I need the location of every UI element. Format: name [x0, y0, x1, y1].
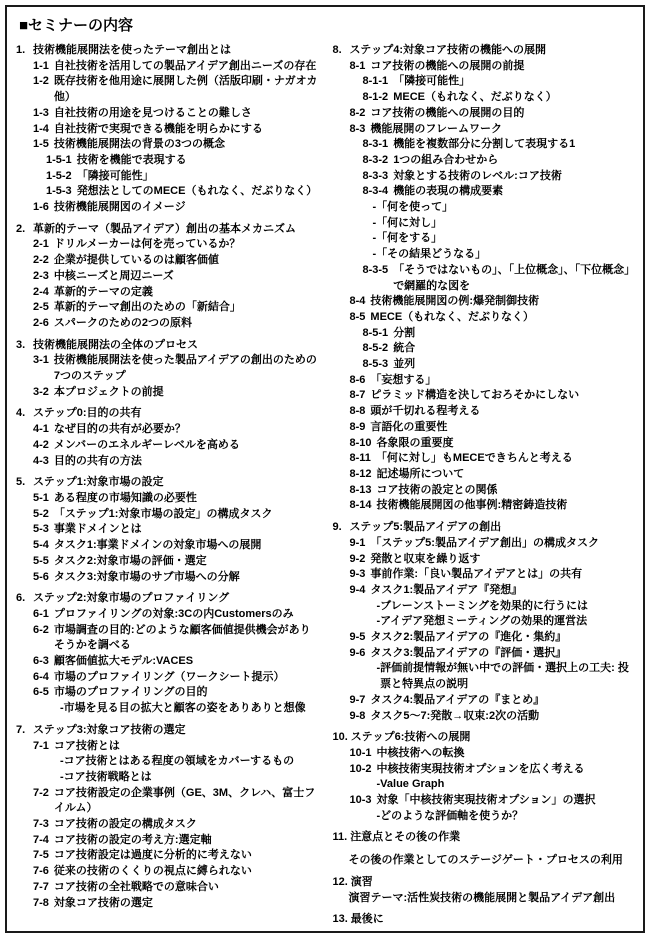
- item-number: 4-1: [33, 422, 49, 438]
- section-heading: 5.ステップ1:対象市場の設定: [16, 475, 319, 491]
- toc-section: 6.ステップ2:対象市場のプロファイリング6-1プロファイリングの対象:3Cの内…: [16, 591, 319, 717]
- toc-item: 6-3顧客価値拡大モデル:VACES: [16, 654, 319, 670]
- item-number: 10-3: [350, 793, 372, 809]
- toc-section: 5.ステップ1:対象市場の設定5-1ある程度の市場知識の必要性5-2「ステップ1…: [16, 475, 319, 585]
- item-number: 9-6: [350, 646, 366, 662]
- item-text: 「何をする」: [376, 231, 635, 247]
- section-number: 3.: [16, 338, 30, 354]
- item-text: 中核技術への転換: [377, 746, 635, 762]
- toc-item: 10-2中核技術実現技術オプションを広く考える: [333, 762, 636, 778]
- item-number: 8-3-3: [363, 169, 389, 185]
- item-text: コア技術とは: [54, 739, 319, 755]
- item-number: 1-5-1: [46, 153, 72, 169]
- item-number: 1-1: [33, 59, 49, 75]
- item-text: 分割: [393, 326, 635, 342]
- item-number: 1-4: [33, 122, 49, 138]
- section-heading: 4.ステップ0:目的の共有: [16, 406, 319, 422]
- toc-item: 1-3自社技術の用途を見つけることの難しさ: [16, 106, 319, 122]
- item-text: 頭が千切れる程考える: [370, 404, 635, 420]
- toc-item: 2-2企業が提供しているのは顧客価値: [16, 253, 319, 269]
- toc-item: 9-6タスク3:製品アイデアの『評価・選択』: [333, 646, 636, 662]
- toc-section: 11.注意点とその後の作業その後の作業としてのステージゲート・プロセスの利用: [333, 830, 636, 868]
- section-number: 9.: [333, 520, 347, 536]
- item-text: 目的の共有の方法: [54, 454, 319, 470]
- section-heading: 1.技術機能展開法を使ったテーマ創出とは: [16, 43, 319, 59]
- item-text: コア技術の設定との関係: [377, 483, 635, 499]
- item-text: 「隣接可能性」: [393, 74, 635, 90]
- toc-item: 4-1なぜ目的の共有が必要か？: [16, 422, 319, 438]
- item-text: 各象限の重要度: [377, 436, 635, 452]
- item-number: 8-10: [350, 436, 372, 452]
- item-number: 8-3-4: [363, 184, 389, 200]
- toc-item: 8-10各象限の重要度: [333, 436, 636, 452]
- item-text: Value Graph: [380, 777, 635, 793]
- toc-item: 8-9言語化の重要性: [333, 420, 636, 436]
- toc-columns: 1.技術機能展開法を使ったテーマ創出とは1-1自社技術を活用しての製品アイデア創…: [16, 43, 635, 928]
- item-text: タスク3:対象市場のサブ市場への分解: [54, 570, 319, 586]
- item-text: 技術機能展開図の他事例:精密鋳造技術: [377, 498, 635, 514]
- item-number: 5-6: [33, 570, 49, 586]
- section-number: 11.: [333, 830, 348, 846]
- section-number: 13.: [333, 912, 348, 928]
- toc-item: 8-3-1機能を複数部分に分割して表現する1: [333, 137, 636, 153]
- item-text: 技術機能展開図の例:爆発制御技術: [370, 294, 635, 310]
- item-number: 6-4: [33, 670, 49, 686]
- section-title: 技術機能展開法の全体のプロセス: [33, 338, 319, 354]
- toc-item: 1-5技術機能展開法の背景の3つの概念: [16, 137, 319, 153]
- item-text: 革新的テーマの定義: [54, 285, 319, 301]
- item-number: 7-8: [33, 896, 49, 912]
- toc-item: 2-3中核ニーズと周辺ニーズ: [16, 269, 319, 285]
- item-text: 発散と収束を繰り返す: [370, 552, 635, 568]
- toc-item: 5-3事業ドメインとは: [16, 522, 319, 538]
- toc-item: 5-2「ステップ1:対象市場の設定」の構成タスク: [16, 507, 319, 523]
- item-number: 8-1-2: [363, 90, 389, 106]
- toc-item: -アイデア発想ミーティングの効果的運営法: [333, 614, 636, 630]
- toc-item: 8-12記述場所について: [333, 467, 636, 483]
- item-text: 顧客価値拡大モデル:VACES: [54, 654, 319, 670]
- item-text: MECE（もれなく、だぶりなく）: [393, 90, 635, 106]
- item-number: 6-5: [33, 685, 49, 701]
- section-title: 革新的テーマ（製品アイデア）創出の基本メカニズム: [33, 222, 319, 238]
- toc-section: 2.革新的テーマ（製品アイデア）創出の基本メカニズム2-1ドリルメーカーは何を売…: [16, 222, 319, 332]
- section-title: 注意点とその後の作業: [350, 830, 635, 846]
- item-number: 9-4: [350, 583, 366, 599]
- toc-item: 9-2発散と収束を繰り返す: [333, 552, 636, 568]
- toc-item: 10-1中核技術への転換: [333, 746, 636, 762]
- item-number: 8-6: [350, 373, 366, 389]
- item-text: 記述場所について: [377, 467, 635, 483]
- toc-item: 8-4技術機能展開図の例:爆発制御技術: [333, 294, 636, 310]
- toc-item: -Value Graph: [333, 777, 636, 793]
- section-title: ステップ5:製品アイデアの創出: [350, 520, 636, 536]
- item-number: 7-2: [33, 786, 49, 817]
- toc-item: 演習テーマ:活性炭技術の機能展開と製品アイデア創出: [333, 891, 636, 907]
- item-text: 自社技術を活用しての製品アイデア創出ニーズの存在: [54, 59, 319, 75]
- toc-item: 7-1コア技術とは: [16, 739, 319, 755]
- item-text: コア技術戦略とは: [64, 770, 319, 786]
- toc-item: 8-3-21つの組み合わせから: [333, 153, 636, 169]
- toc-item: 1-5-1技術を機能で表現する: [16, 153, 319, 169]
- item-number: 7-5: [33, 848, 49, 864]
- item-number: 8-5-1: [363, 326, 389, 342]
- item-number: 8-1-1: [363, 74, 389, 90]
- toc-item: 5-6タスク3:対象市場のサブ市場への分解: [16, 570, 319, 586]
- item-text: ピラミッド構造を決しておろそかにしない: [370, 388, 635, 404]
- item-text: コア技術の機能への展開の目的: [370, 106, 635, 122]
- toc-item: 8-3-3対象とする技術のレベル:コア技術: [333, 169, 636, 185]
- item-text: 中核ニーズと周辺ニーズ: [54, 269, 319, 285]
- item-text: 技術を機能で表現する: [77, 153, 319, 169]
- toc-item: 8-11「何に対し」もMECEできちんと考える: [333, 451, 636, 467]
- item-number: 6-3: [33, 654, 49, 670]
- item-text: コア技術の設定の構成タスク: [54, 817, 319, 833]
- item-text: 発想法としてのMECE（もれなく、だぶりなく）: [77, 184, 319, 200]
- section-heading: 2.革新的テーマ（製品アイデア）創出の基本メカニズム: [16, 222, 319, 238]
- item-number: 9-3: [350, 567, 366, 583]
- item-text: 言語化の重要性: [370, 420, 635, 436]
- toc-item: 8-3-5「そうではないもの」、「上位概念」、「下位概念」で網羅的な図を: [333, 263, 636, 294]
- item-text: スパークのための2つの原料: [54, 316, 319, 332]
- toc-item: -「何をする」: [333, 231, 636, 247]
- item-text: コア技術設定の企業事例（GE、3M、クレハ、富士フイルム）: [54, 786, 319, 817]
- item-number: 8-5: [350, 310, 366, 326]
- toc-item: その後の作業としてのステージゲート・プロセスの利用: [333, 853, 636, 869]
- item-text: 革新的テーマ創出のための「新結合」: [54, 300, 319, 316]
- item-text: MECE（もれなく、だぶりなく）: [370, 310, 635, 326]
- item-text: コア技術の全社戦略での意味合い: [54, 880, 319, 896]
- item-text: ある程度の市場知識の必要性: [54, 491, 319, 507]
- toc-item: -コア技術戦略とは: [16, 770, 319, 786]
- toc-item: 7-7コア技術の全社戦略での意味合い: [16, 880, 319, 896]
- item-number: 9-2: [350, 552, 366, 568]
- section-number: 5.: [16, 475, 30, 491]
- item-text: 技術機能展開法の背景の3つの概念: [54, 137, 319, 153]
- toc-item: 8-13コア技術の設定との関係: [333, 483, 636, 499]
- toc-column-right: 8.ステップ4:対象コア技術の機能への展開8-1コア技術の機能への展開の前提8-…: [333, 43, 636, 928]
- item-text: 評価前提情報が無い中での評価・選択上の工夫: 投票と特異点の説明: [380, 661, 635, 692]
- toc-item: 7-3コア技術の設定の構成タスク: [16, 817, 319, 833]
- item-text: プロファイリングの対象:3Cの内Customersのみ: [54, 607, 319, 623]
- toc-item: 8-6「妄想する」: [333, 373, 636, 389]
- item-number: 6-1: [33, 607, 49, 623]
- toc-item: 3-2本プロジェクトの前提: [16, 385, 319, 401]
- item-number: 8-7: [350, 388, 366, 404]
- item-text: タスク1:製品アイデア『発想』: [370, 583, 635, 599]
- item-number: 7-6: [33, 864, 49, 880]
- toc-item: -どのような評価軸を使うか？: [333, 809, 636, 825]
- item-text: タスク2:対象市場の評価・選定: [54, 554, 319, 570]
- item-text: 機能を複数部分に分割して表現する1: [393, 137, 635, 153]
- item-number: 3-2: [33, 385, 49, 401]
- toc-item: 8-1-2MECE（もれなく、だぶりなく）: [333, 90, 636, 106]
- section-title: ステップ3:対象コア技術の選定: [33, 723, 319, 739]
- toc-item: 1-4自社技術で実現できる機能を明らかにする: [16, 122, 319, 138]
- section-heading: 9.ステップ5:製品アイデアの創出: [333, 520, 636, 536]
- item-number: 7-3: [33, 817, 49, 833]
- item-text: なぜ目的の共有が必要か？: [54, 422, 319, 438]
- page-title: ■セミナーの内容: [19, 16, 635, 36]
- toc-item: 9-1「ステップ5:製品アイデア創出」の構成タスク: [333, 536, 636, 552]
- toc-item: 7-4コア技術の設定の考え方:選定軸: [16, 833, 319, 849]
- section-heading: 11.注意点とその後の作業: [333, 830, 636, 846]
- toc-item: 8-2コア技術の機能への展開の目的: [333, 106, 636, 122]
- section-number: 7.: [16, 723, 30, 739]
- item-text: メンバーのエネルギーレベルを高める: [54, 438, 319, 454]
- toc-item: -「何を使って」: [333, 200, 636, 216]
- item-number: 8-14: [350, 498, 372, 514]
- toc-item: 8-1コア技術の機能への展開の前提: [333, 59, 636, 75]
- item-text: 「ステップ5:製品アイデア創出」の構成タスク: [370, 536, 635, 552]
- item-number: 1-5-2: [46, 169, 72, 185]
- toc-item: 2-6スパークのための2つの原料: [16, 316, 319, 332]
- item-text: 市場を見る目の拡大と顧客の姿をありありと想像: [64, 701, 319, 717]
- toc-item: 7-5コア技術設定は過度に分析的に考えない: [16, 848, 319, 864]
- item-number: 9-7: [350, 693, 366, 709]
- item-number: 1-5-3: [46, 184, 72, 200]
- item-number: 1-3: [33, 106, 49, 122]
- toc-item: 10-3対象「中核技術実現技術オプション」の選択: [333, 793, 636, 809]
- toc-item: 8-1-1「隣接可能性」: [333, 74, 636, 90]
- item-number: 4-2: [33, 438, 49, 454]
- item-text: 技術機能展開図のイメージ: [54, 200, 319, 216]
- toc-section: 13.最後に: [333, 912, 636, 928]
- item-text: ドリルメーカーは何を売っているか？: [54, 237, 319, 253]
- toc-item: 4-2メンバーのエネルギーレベルを高める: [16, 438, 319, 454]
- toc-section: 8.ステップ4:対象コア技術の機能への展開8-1コア技術の機能への展開の前提8-…: [333, 43, 636, 514]
- item-number: 8-1: [350, 59, 366, 75]
- section-heading: 8.ステップ4:対象コア技術の機能への展開: [333, 43, 636, 59]
- item-text: 自社技術の用途を見つけることの難しさ: [54, 106, 319, 122]
- item-text: タスク2:製品アイデアの『進化・集約』: [370, 630, 635, 646]
- item-number: 8-8: [350, 404, 366, 420]
- toc-item: 2-5革新的テーマ創出のための「新結合」: [16, 300, 319, 316]
- section-number: 12.: [333, 875, 348, 891]
- toc-item: 9-4タスク1:製品アイデア『発想』: [333, 583, 636, 599]
- item-number: 1-2: [33, 74, 49, 105]
- section-number: 8.: [333, 43, 347, 59]
- toc-item: 9-7タスク4:製品アイデアの『まとめ』: [333, 693, 636, 709]
- toc-item: -「その結果どうなる」: [333, 247, 636, 263]
- toc-item: 9-5タスク2:製品アイデアの『進化・集約』: [333, 630, 636, 646]
- toc-item: 8-8頭が千切れる程考える: [333, 404, 636, 420]
- item-text: 統合: [393, 341, 635, 357]
- item-text: 市場のプロファイリングの目的: [54, 685, 319, 701]
- item-number: 10-1: [350, 746, 372, 762]
- toc-section: 7.ステップ3:対象コア技術の選定7-1コア技術とは-コア技術とはある程度の領域…: [16, 723, 319, 911]
- section-heading: 12.演習: [333, 875, 636, 891]
- item-text: 対象「中核技術実現技術オプション」の選択: [377, 793, 635, 809]
- toc-item: 3-1技術機能展開法を使った製品アイデアの創出のための7つのステップ: [16, 353, 319, 384]
- item-number: 8-3-5: [363, 263, 389, 294]
- item-number: 8-3: [350, 122, 366, 138]
- item-number: 8-5-3: [363, 357, 389, 373]
- toc-item: 6-4市場のプロファイリング（ワークシート提示）: [16, 670, 319, 686]
- item-number: 8-2: [350, 106, 366, 122]
- section-number: 1.: [16, 43, 30, 59]
- section-heading: 10.ステップ6:技術への展開: [333, 730, 636, 746]
- toc-item: 1-5-2「隣接可能性」: [16, 169, 319, 185]
- section-title: ステップ6:技術への展開: [351, 730, 635, 746]
- item-number: 1-6: [33, 200, 49, 216]
- page-frame: ■セミナーの内容 1.技術機能展開法を使ったテーマ創出とは1-1自社技術を活用し…: [5, 5, 645, 933]
- toc-item: 7-6従来の技術のくくりの視点に縛られない: [16, 864, 319, 880]
- toc-item: 1-5-3発想法としてのMECE（もれなく、だぶりなく）: [16, 184, 319, 200]
- item-text: 技術機能展開法を使った製品アイデアの創出のための7つのステップ: [54, 353, 319, 384]
- item-number: 2-3: [33, 269, 49, 285]
- item-number: 4-3: [33, 454, 49, 470]
- item-text: 1つの組み合わせから: [393, 153, 635, 169]
- item-text: 自社技術で実現できる機能を明らかにする: [54, 122, 319, 138]
- section-number: 4.: [16, 406, 30, 422]
- toc-section: 4.ステップ0:目的の共有4-1なぜ目的の共有が必要か？4-2メンバーのエネルギ…: [16, 406, 319, 469]
- toc-item: 7-8対象コア技術の選定: [16, 896, 319, 912]
- section-title: 最後に: [351, 912, 635, 928]
- section-title: ステップ1:対象市場の設定: [33, 475, 319, 491]
- item-number: 6-2: [33, 623, 49, 654]
- item-text: コア技術の機能への展開の前提: [370, 59, 635, 75]
- item-text: タスク3:製品アイデアの『評価・選択』: [370, 646, 635, 662]
- item-number: 8-3-1: [363, 137, 389, 153]
- toc-item: 8-3機能展開のフレームワーク: [333, 122, 636, 138]
- toc-item: 6-5市場のプロファイリングの目的: [16, 685, 319, 701]
- item-number: 2-1: [33, 237, 49, 253]
- item-number: 8-12: [350, 467, 372, 483]
- item-text: 事業ドメインとは: [54, 522, 319, 538]
- section-heading: 13.最後に: [333, 912, 636, 928]
- item-number: 7-4: [33, 833, 49, 849]
- toc-item: 8-3-4機能の表現の構成要素: [333, 184, 636, 200]
- item-text: 対象コア技術の選定: [54, 896, 319, 912]
- item-number: 5-4: [33, 538, 49, 554]
- item-text: タスク5～7:発散→収束:2次の活動: [370, 709, 635, 725]
- item-number: 7-7: [33, 880, 49, 896]
- item-text: 本プロジェクトの前提: [54, 385, 319, 401]
- toc-item: -「何に対し」: [333, 216, 636, 232]
- item-number: 2-4: [33, 285, 49, 301]
- section-title: ステップ2:対象市場のプロファイリング: [33, 591, 319, 607]
- item-text: 従来の技術のくくりの視点に縛られない: [54, 864, 319, 880]
- section-number: 2.: [16, 222, 30, 238]
- toc-item: 9-3事前作業:「良い製品アイデアとは」の共有: [333, 567, 636, 583]
- item-text: どのような評価軸を使うか？: [380, 809, 635, 825]
- toc-item: -市場を見る目の拡大と顧客の姿をありありと想像: [16, 701, 319, 717]
- toc-item: 8-5-2統合: [333, 341, 636, 357]
- section-heading: 7.ステップ3:対象コア技術の選定: [16, 723, 319, 739]
- item-text: 演習テーマ:活性炭技術の機能展開と製品アイデア創出: [349, 891, 636, 907]
- section-title: ステップ0:目的の共有: [33, 406, 319, 422]
- toc-item: 6-2市場調査の目的:どのような顧客価値提供機会がありそうかを調べる: [16, 623, 319, 654]
- toc-item: 8-5-1分割: [333, 326, 636, 342]
- item-number: 7-1: [33, 739, 49, 755]
- item-text: 機能の表現の構成要素: [393, 184, 635, 200]
- toc-section: 9.ステップ5:製品アイデアの創出9-1「ステップ5:製品アイデア創出」の構成タ…: [333, 520, 636, 724]
- item-text: 「何を使って」: [376, 200, 635, 216]
- item-number: 5-2: [33, 507, 49, 523]
- item-number: 3-1: [33, 353, 49, 384]
- toc-section: 12.演習演習テーマ:活性炭技術の機能展開と製品アイデア創出: [333, 875, 636, 906]
- toc-item: 1-2既存技術を他用途に展開した例（活版印刷・ナガオカ他）: [16, 74, 319, 105]
- item-text: コア技術とはある程度の領域をカバーするもの: [64, 754, 319, 770]
- toc-item: 4-3目的の共有の方法: [16, 454, 319, 470]
- item-text: ブレーンストーミングを効果的に行うには: [380, 599, 635, 615]
- item-number: 8-9: [350, 420, 366, 436]
- toc-item: 6-1プロファイリングの対象:3Cの内Customersのみ: [16, 607, 319, 623]
- toc-item: 2-4革新的テーマの定義: [16, 285, 319, 301]
- item-text: 「妄想する」: [370, 373, 635, 389]
- toc-section: 1.技術機能展開法を使ったテーマ創出とは1-1自社技術を活用しての製品アイデア創…: [16, 43, 319, 216]
- item-text: 「隣接可能性」: [77, 169, 319, 185]
- item-text: コア技術設定は過度に分析的に考えない: [54, 848, 319, 864]
- item-number: 9-5: [350, 630, 366, 646]
- item-number: 8-3-2: [363, 153, 389, 169]
- section-heading: 3.技術機能展開法の全体のプロセス: [16, 338, 319, 354]
- item-number: 8-13: [350, 483, 372, 499]
- item-text: 市場のプロファイリング（ワークシート提示）: [54, 670, 319, 686]
- item-text: 「ステップ1:対象市場の設定」の構成タスク: [54, 507, 319, 523]
- section-number: 6.: [16, 591, 30, 607]
- toc-item: 9-8タスク5～7:発散→収束:2次の活動: [333, 709, 636, 725]
- item-text: 事前作業:「良い製品アイデアとは」の共有: [370, 567, 635, 583]
- item-number: 5-1: [33, 491, 49, 507]
- toc-item: 5-1ある程度の市場知識の必要性: [16, 491, 319, 507]
- item-text: 並列: [393, 357, 635, 373]
- item-number: 8-5-2: [363, 341, 389, 357]
- toc-item: 5-5タスク2:対象市場の評価・選定: [16, 554, 319, 570]
- section-title: 演習: [351, 875, 635, 891]
- item-number: 10-2: [350, 762, 372, 778]
- section-heading: 6.ステップ2:対象市場のプロファイリング: [16, 591, 319, 607]
- toc-item: 7-2コア技術設定の企業事例（GE、3M、クレハ、富士フイルム）: [16, 786, 319, 817]
- item-text: 対象とする技術のレベル:コア技術: [393, 169, 635, 185]
- section-number: 10.: [333, 730, 348, 746]
- item-text: その後の作業としてのステージゲート・プロセスの利用: [349, 853, 636, 869]
- item-number: 8-4: [350, 294, 366, 310]
- toc-item: 8-14技術機能展開図の他事例:精密鋳造技術: [333, 498, 636, 514]
- toc-item: -コア技術とはある程度の領域をカバーするもの: [16, 754, 319, 770]
- item-text: タスク1:事業ドメインの対象市場への展開: [54, 538, 319, 554]
- item-number: 1-5: [33, 137, 49, 153]
- toc-item: 8-5-3並列: [333, 357, 636, 373]
- toc-section: 10.ステップ6:技術への展開10-1中核技術への転換10-2中核技術実現技術オ…: [333, 730, 636, 824]
- toc-item: 1-6技術機能展開図のイメージ: [16, 200, 319, 216]
- item-number: 2-2: [33, 253, 49, 269]
- toc-item: 2-1ドリルメーカーは何を売っているか？: [16, 237, 319, 253]
- item-text: 「何に対し」: [376, 216, 635, 232]
- item-number: 2-5: [33, 300, 49, 316]
- section-title: ステップ4:対象コア技術の機能への展開: [350, 43, 636, 59]
- item-text: 「何に対し」もMECEできちんと考える: [376, 451, 635, 467]
- toc-item: -ブレーンストーミングを効果的に行うには: [333, 599, 636, 615]
- toc-column-left: 1.技術機能展開法を使ったテーマ創出とは1-1自社技術を活用しての製品アイデア創…: [16, 43, 319, 911]
- item-text: 「そうではないもの」、「上位概念」、「下位概念」で網羅的な図を: [393, 263, 635, 294]
- item-number: 5-5: [33, 554, 49, 570]
- item-text: アイデア発想ミーティングの効果的運営法: [380, 614, 635, 630]
- toc-item: 1-1自社技術を活用しての製品アイデア創出ニーズの存在: [16, 59, 319, 75]
- item-number: 8-11: [350, 451, 371, 467]
- item-text: 機能展開のフレームワーク: [370, 122, 635, 138]
- toc-item: 8-5MECE（もれなく、だぶりなく）: [333, 310, 636, 326]
- item-text: 企業が提供しているのは顧客価値: [54, 253, 319, 269]
- item-text: 既存技術を他用途に展開した例（活版印刷・ナガオカ他）: [54, 74, 319, 105]
- section-title: 技術機能展開法を使ったテーマ創出とは: [33, 43, 319, 59]
- toc-item: -評価前提情報が無い中での評価・選択上の工夫: 投票と特異点の説明: [333, 661, 636, 692]
- toc-section: 3.技術機能展開法の全体のプロセス3-1技術機能展開法を使った製品アイデアの創出…: [16, 338, 319, 401]
- toc-item: 8-7ピラミッド構造を決しておろそかにしない: [333, 388, 636, 404]
- item-text: 中核技術実現技術オプションを広く考える: [377, 762, 635, 778]
- item-text: タスク4:製品アイデアの『まとめ』: [370, 693, 635, 709]
- item-number: 2-6: [33, 316, 49, 332]
